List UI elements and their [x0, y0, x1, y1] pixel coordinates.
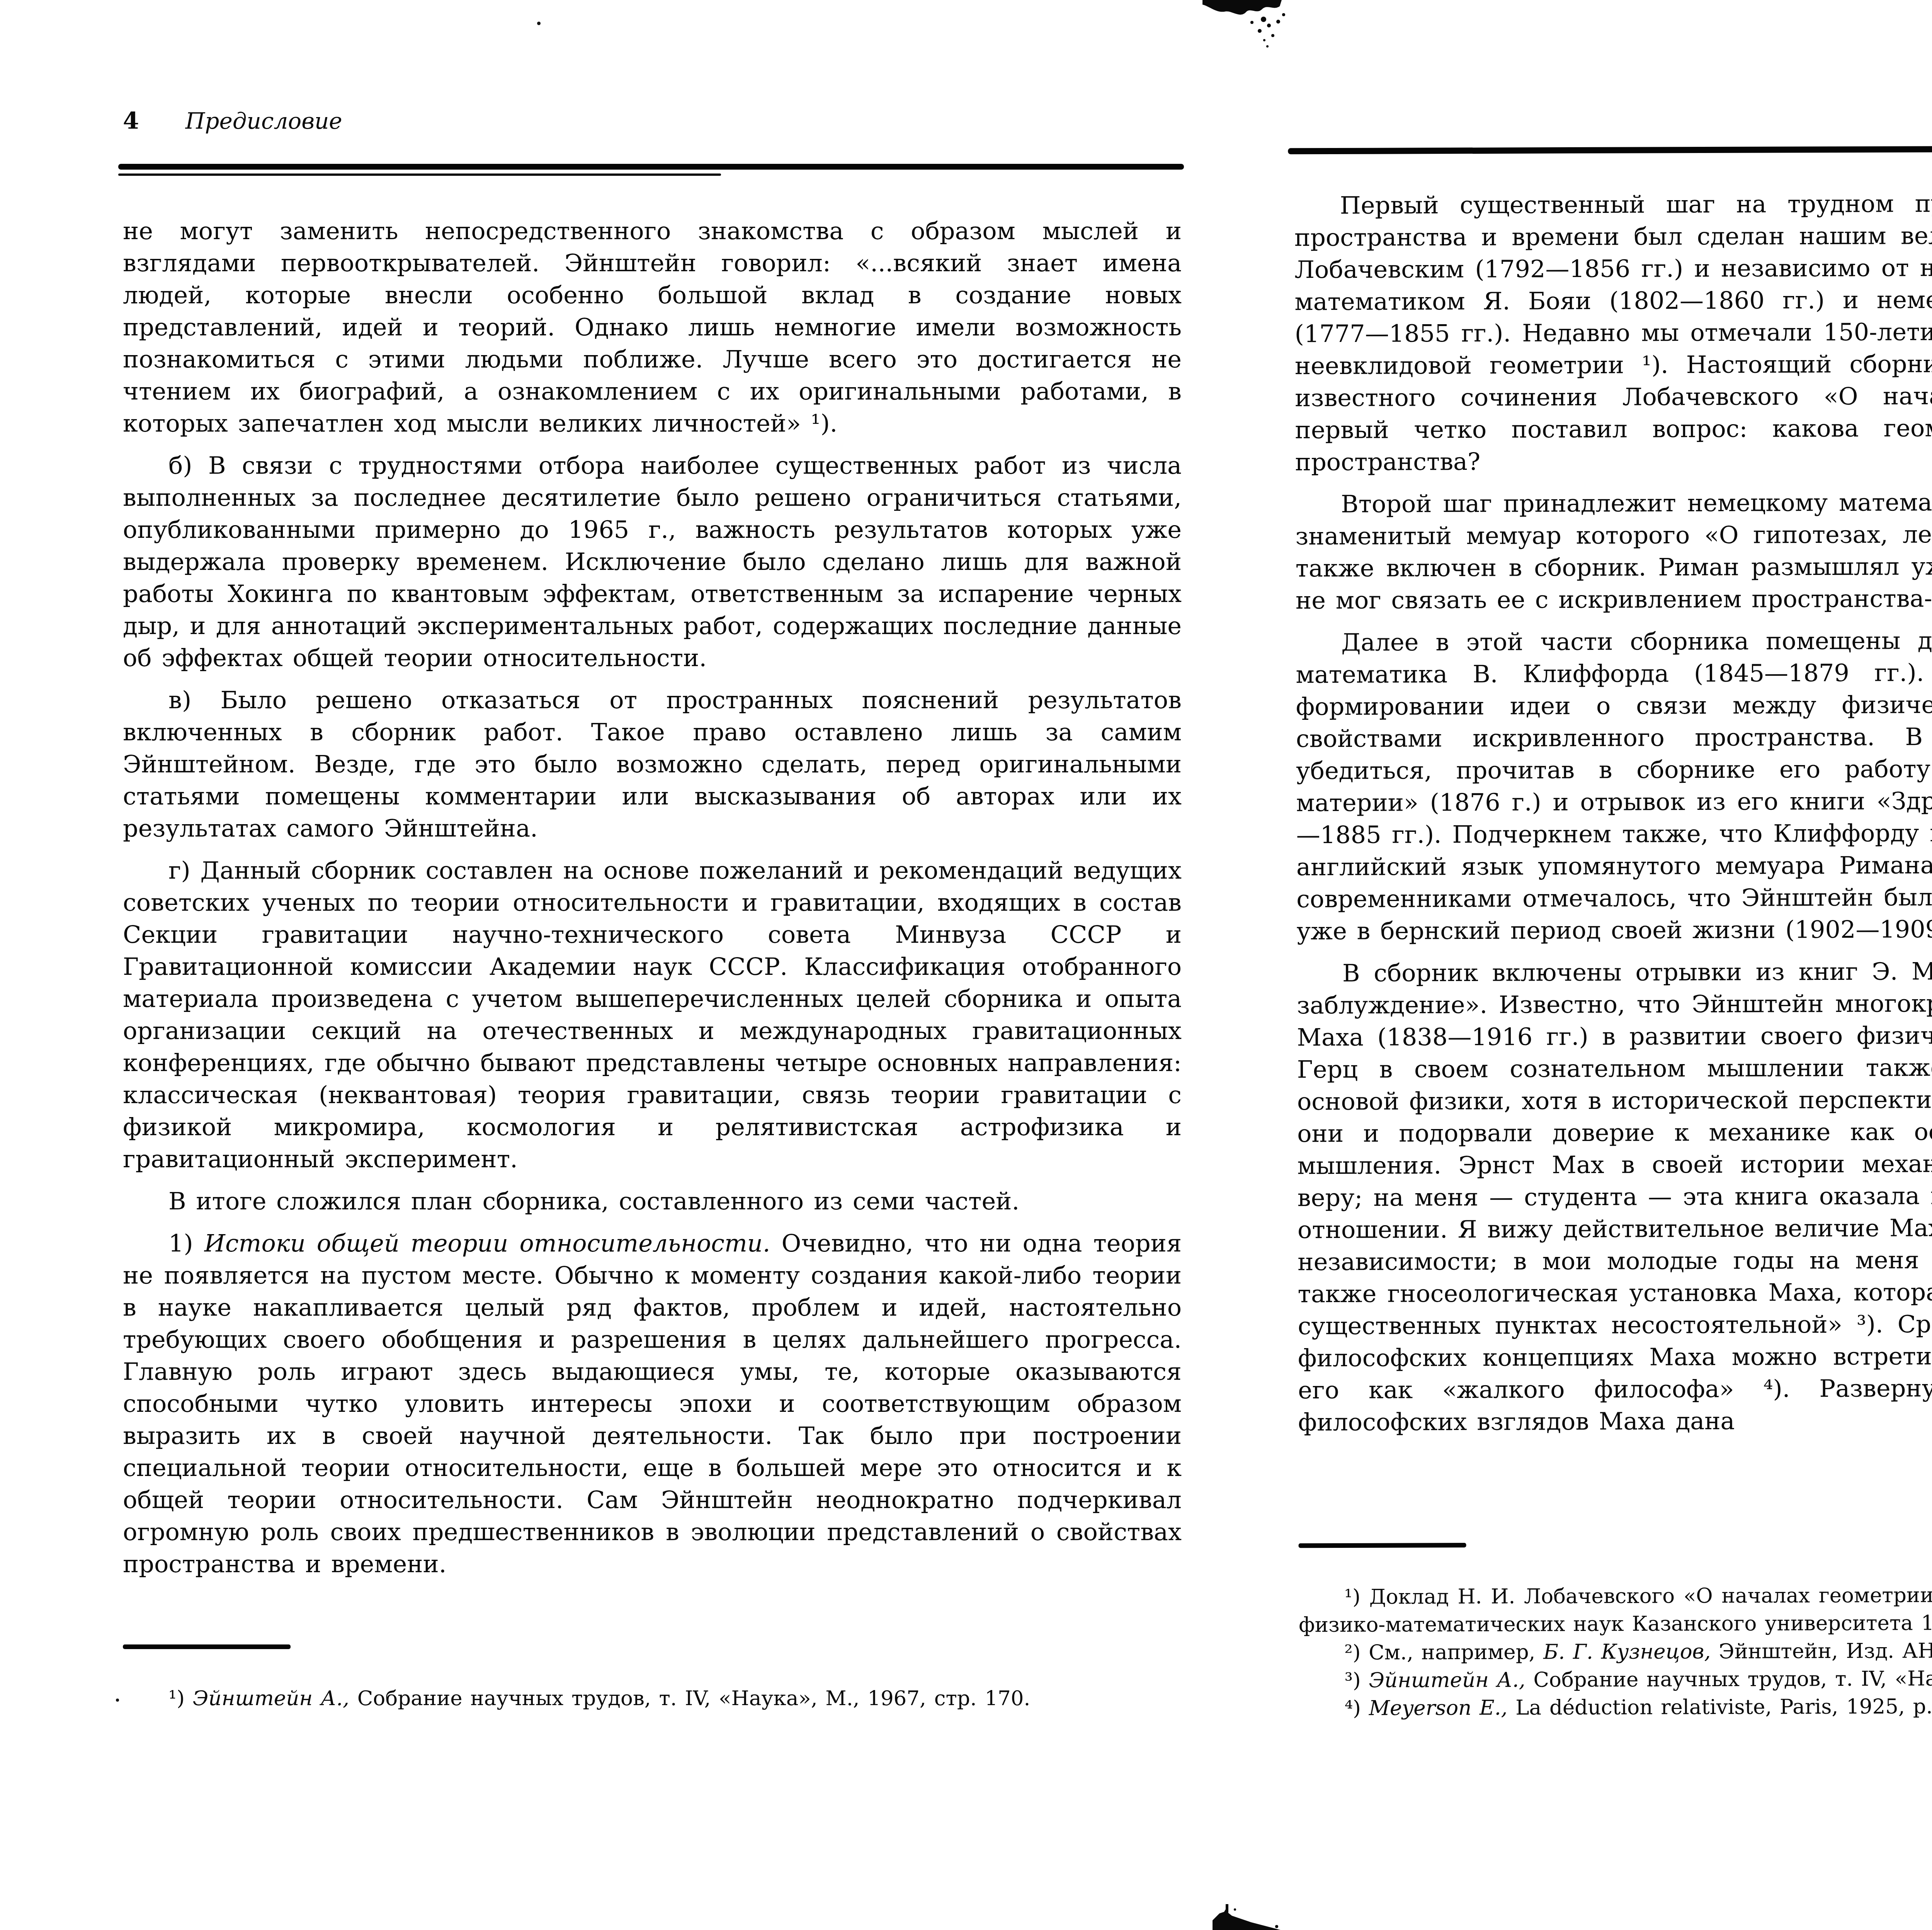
- footnotes: ¹) Доклад Н. И. Лобачевского «О началах …: [1299, 1580, 1932, 1723]
- paragraph: В итоге сложился план сборника, составле…: [123, 1185, 1182, 1217]
- paragraph: не могут заменить непосредственного знак…: [123, 215, 1182, 439]
- footnote-marker: ⁴): [1345, 1697, 1369, 1720]
- ink-smudge-top-icon: [1202, 0, 1295, 50]
- footnote: ²) См., например, Б. Г. Кузнецов, Эйнште…: [1299, 1636, 1932, 1667]
- paragraph-text: Очевидно, что ни одна теория не появляет…: [123, 1229, 1182, 1578]
- header-rule: [118, 164, 1184, 170]
- footnote-author-italic: Б. Г. Кузнецов,: [1543, 1640, 1711, 1664]
- list-marker: 1): [168, 1229, 204, 1257]
- footnote-text: Эйнштейн, Изд. АН СССР, М., 1962.: [1711, 1639, 1932, 1663]
- page-number: 4: [123, 107, 140, 134]
- page-left-body: не могут заменить непосредственного знак…: [123, 215, 1182, 1590]
- footnote-text: Собрание научных трудов, т. IV, «Наука»,…: [349, 1687, 1030, 1710]
- footnotes: ¹) Эйнштейн А., Собрание научных трудов,…: [123, 1685, 1182, 1712]
- paragraph: Первый существенный шаг на трудном пути …: [1294, 186, 1932, 478]
- footnote: ³) Эйнштейн А., Собрание научных трудов,…: [1299, 1664, 1932, 1695]
- dust-speck: [116, 1699, 119, 1702]
- header-rule-echo: [118, 173, 721, 176]
- footnote-author-italic: Эйнштейн А.,: [193, 1687, 349, 1710]
- footnote-author-italic: Эйнштейн А.,: [1369, 1668, 1525, 1692]
- footnote: ¹) Доклад Н. И. Лобачевского «О началах …: [1299, 1580, 1932, 1639]
- paragraph: б) В связи с трудностями отбора наиболее…: [123, 449, 1182, 674]
- paragraph: Далее в этой части сборника помещены две…: [1296, 623, 1932, 947]
- page-left: 4Предисловие не могут заменить непосредс…: [123, 0, 1182, 1930]
- footnote-rule: [123, 1644, 291, 1649]
- book-spread: 4Предисловие не могут заменить непосредс…: [0, 0, 1932, 1930]
- paragraph: Второй шаг принадлежит немецкому математ…: [1295, 485, 1932, 617]
- running-title: Предисловие: [185, 108, 342, 134]
- footnote-text: La déduction relativiste, Paris, 1925, p…: [1507, 1695, 1932, 1720]
- section-title-italic: Истоки общей теории относительности.: [204, 1229, 770, 1257]
- header-rule: [1288, 145, 1932, 155]
- paragraph: г) Данный сборник составлен на основе по…: [123, 854, 1182, 1175]
- footnote-marker: ¹): [168, 1687, 193, 1710]
- page-right-body: Первый существенный шаг на трудном пути …: [1294, 186, 1932, 1449]
- page-left-footnote-block: ¹) Эйнштейн А., Собрание научных трудов,…: [123, 1644, 1182, 1712]
- footnote-rule: [1299, 1543, 1466, 1548]
- footnote-text: Собрание научных трудов, т. IV, «Наука»,…: [1525, 1666, 1932, 1692]
- paragraph: 1) Истоки общей теории относительности. …: [123, 1227, 1182, 1580]
- page-right-footnote-block: ¹) Доклад Н. И. Лобачевского «О началах …: [1299, 1540, 1932, 1723]
- page-left-header: 4Предисловие: [123, 107, 1182, 134]
- paragraph: В сборник включены отрывки из книг Э. Ма…: [1297, 954, 1932, 1439]
- page-right-header: ПРЕДИСЛОВИЕ5: [1294, 114, 1932, 144]
- footnote-marker: ³): [1345, 1669, 1369, 1692]
- paragraph: в) Было решено отказаться от пространных…: [123, 684, 1182, 844]
- page-right: ПРЕДИСЛОВИЕ5 Первый существенный шаг на …: [1294, 0, 1932, 1930]
- ink-smudge-bottom-icon: [1208, 1904, 1285, 1930]
- footnote-marker: ²) См., например,: [1344, 1640, 1543, 1665]
- footnote: ¹) Эйнштейн А., Собрание научных трудов,…: [123, 1685, 1182, 1712]
- footnote: ⁴) Meyerson E., La déduction relativiste…: [1299, 1692, 1932, 1723]
- footnote-author-italic: Meyerson E.,: [1369, 1696, 1508, 1720]
